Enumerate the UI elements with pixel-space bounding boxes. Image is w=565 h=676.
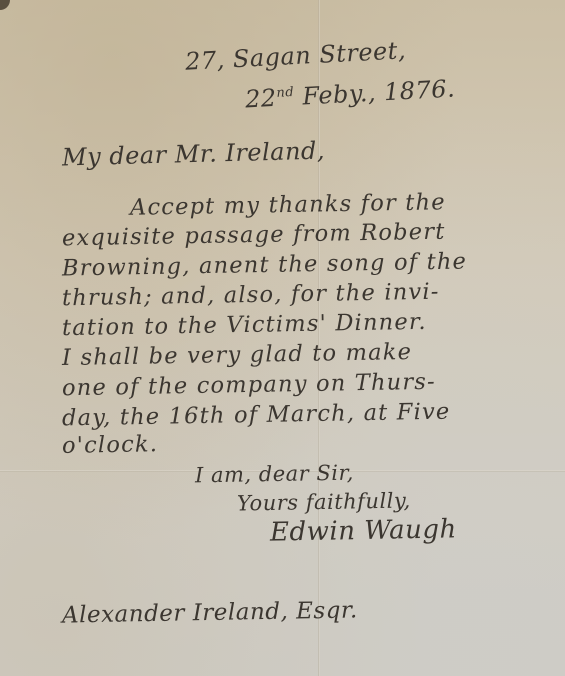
photo-corner-shadow (0, 0, 10, 10)
date-suffix: nd (276, 85, 294, 101)
body-line: one of the company on Thurs- (62, 369, 436, 402)
letter-paper: 27, Sagan Street, 22nd Feby., 1876. My d… (0, 0, 565, 676)
valediction: Yours faithfully, (237, 488, 411, 515)
body-line: thrush; and, also, for the invi- (62, 279, 440, 312)
body-line: I shall be very glad to make (62, 339, 413, 371)
addressee: Alexander Ireland, Esqr. (62, 597, 358, 628)
letter-date: 22nd Feby., 1876. (244, 75, 455, 114)
salutation: My dear Mr. Ireland, (62, 137, 326, 172)
closing-line: I am, dear Sir, (195, 461, 354, 488)
body-line: o'clock. (62, 431, 159, 459)
date-rest: Feby., 1876. (302, 75, 456, 111)
body-line: exquisite passage from Robert (62, 219, 446, 252)
sender-address: 27, Sagan Street, (184, 36, 406, 76)
body-line: tation to the Victims' Dinner. (62, 309, 427, 341)
body-line: day, the 16th of March, at Five (62, 399, 451, 432)
signature: Edwin Waugh (270, 514, 457, 547)
body-line: Accept my thanks for the (130, 189, 446, 221)
body-line: Browning, anent the song of the (62, 248, 468, 281)
date-day: 22 (244, 84, 277, 114)
